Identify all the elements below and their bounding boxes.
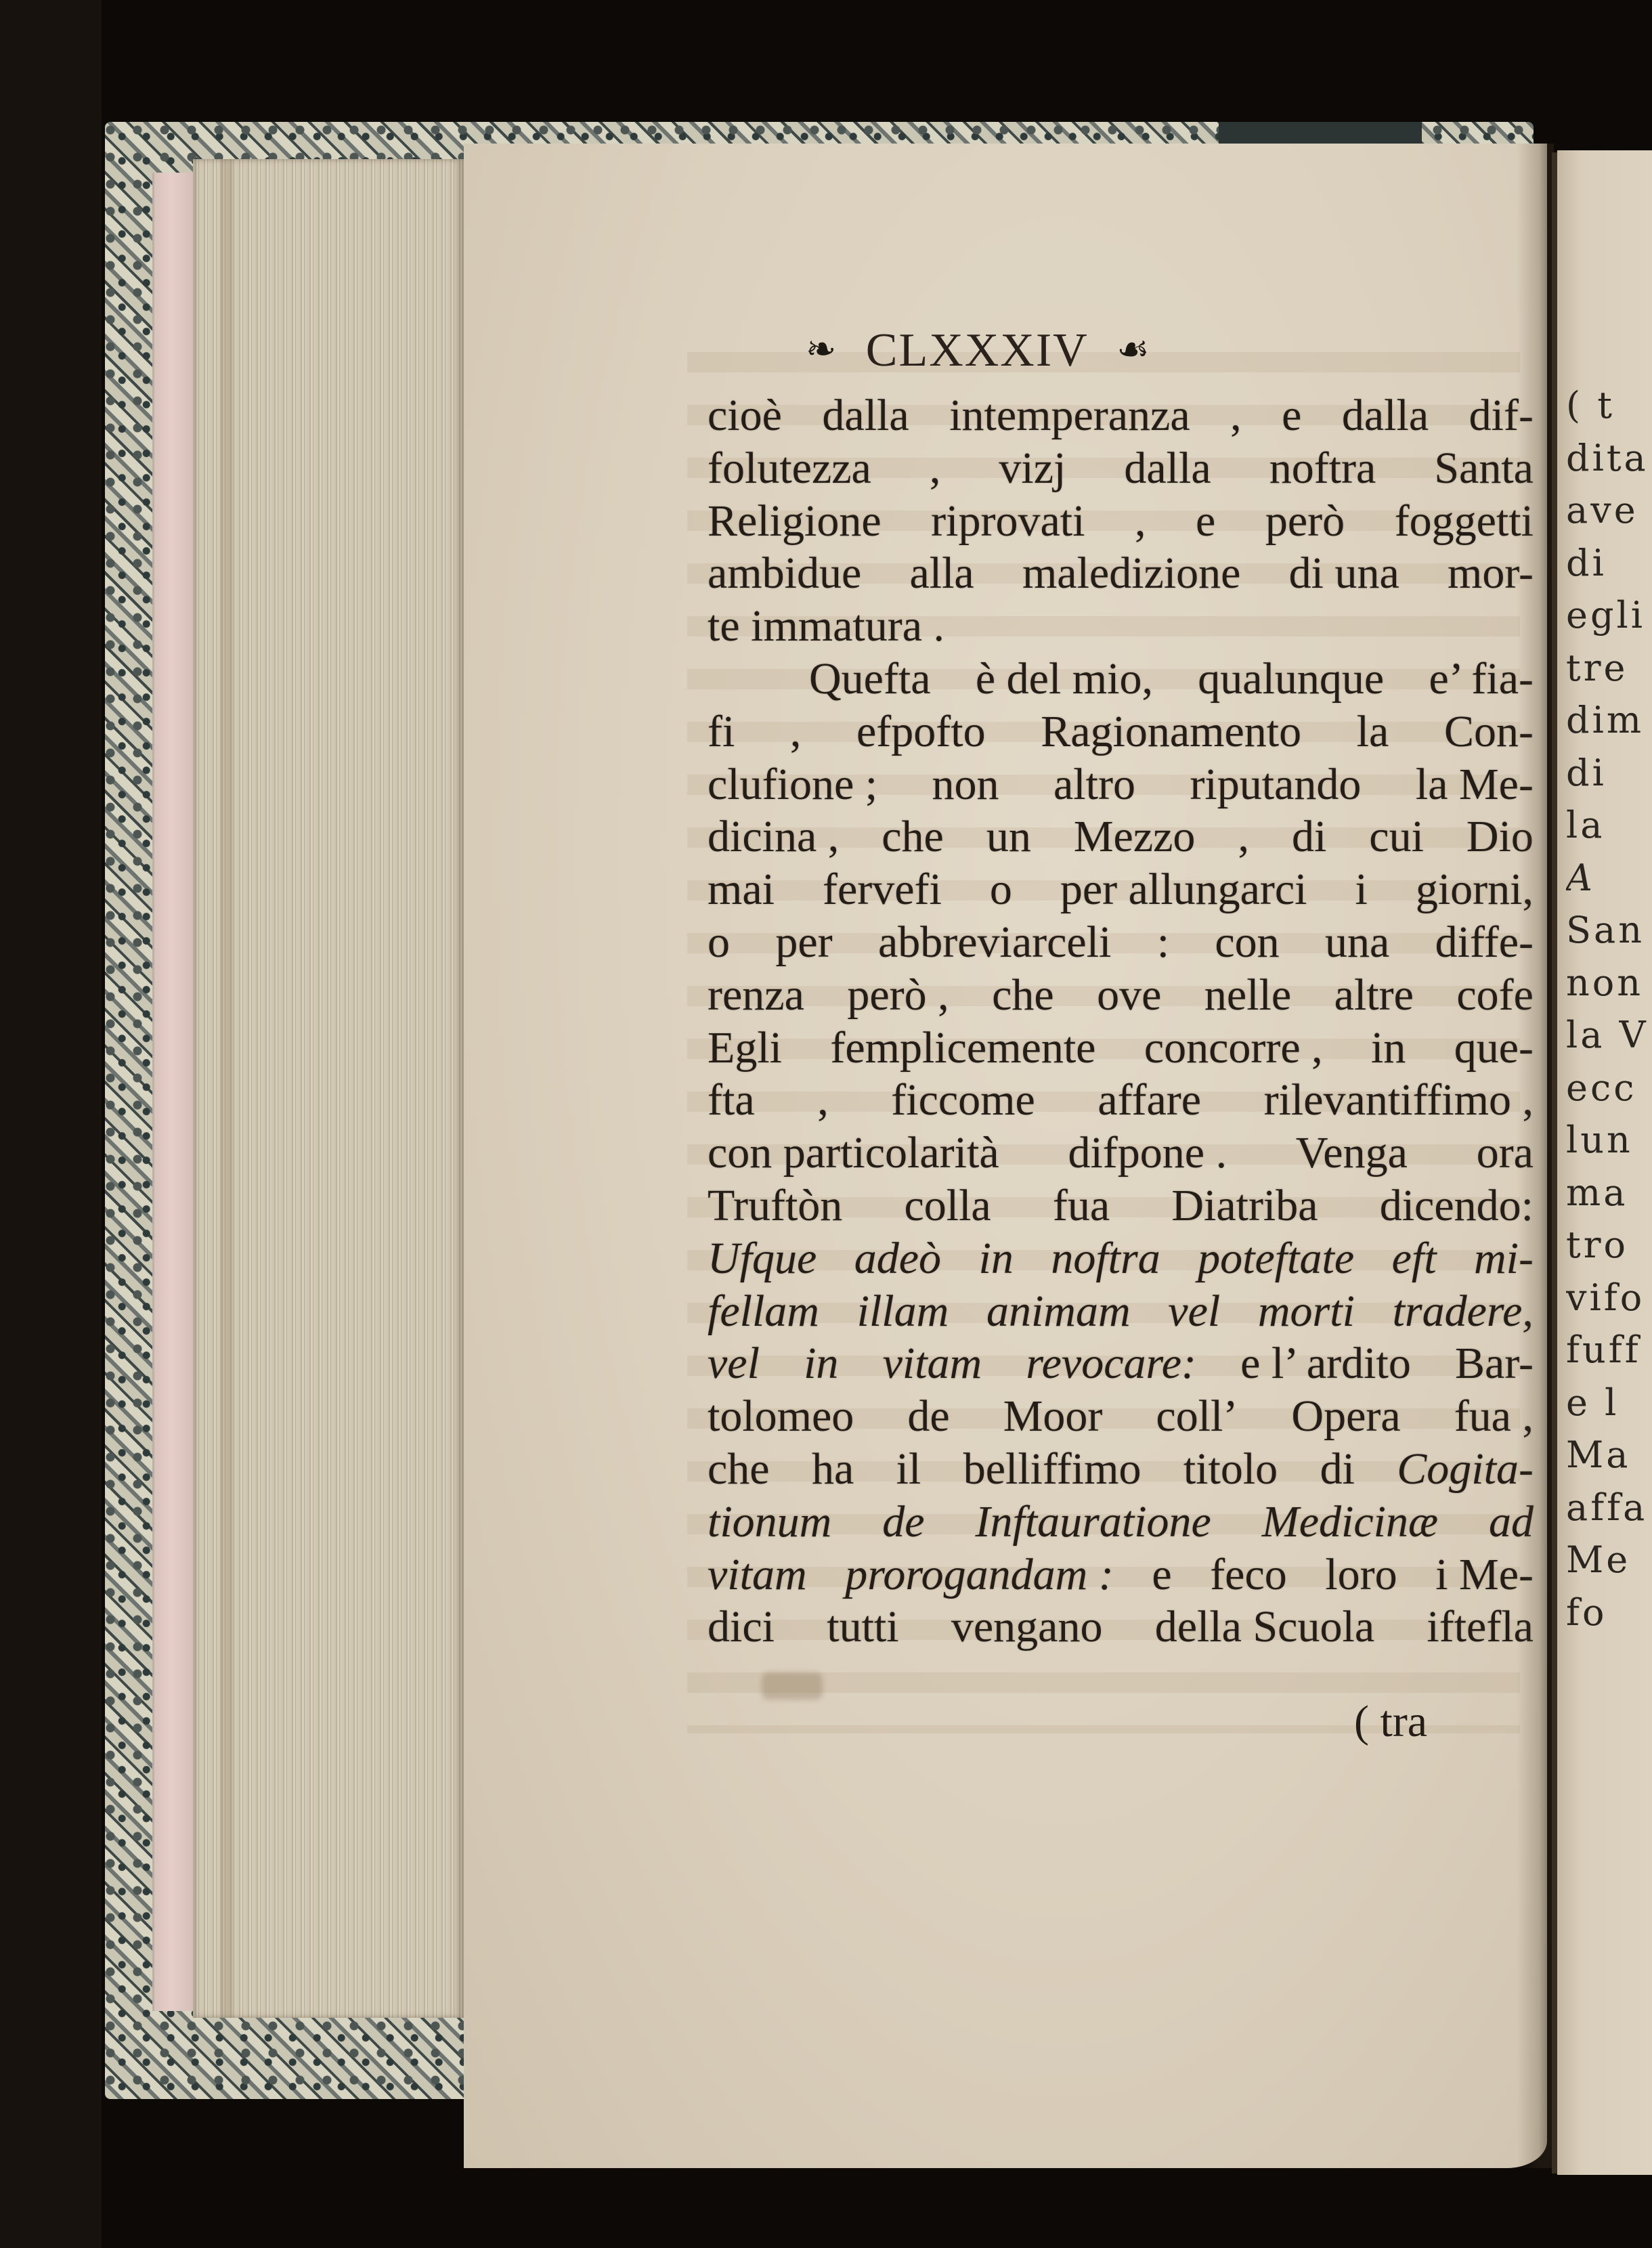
word: tutti [827,1601,898,1653]
word: cui [1369,810,1424,863]
word: colla [904,1180,991,1232]
fleuron-right-icon: ☙ [1116,328,1150,370]
recto-line-fragment: la [1566,799,1652,852]
word: per allungarci [1060,863,1307,916]
word: altro [1053,758,1135,811]
page-number: CLXXXIV [866,324,1089,376]
word: Cogita- [1397,1443,1534,1496]
recto-line-fragment: fo [1566,1586,1652,1639]
word: vengano [951,1601,1103,1653]
word: revocare: [1026,1337,1196,1390]
word: morti [1258,1285,1355,1338]
recto-line-fragment: dim [1566,694,1652,747]
text-line: tolomeodeMoorcoll’Operafua , [708,1390,1534,1443]
recto-line-fragment: ecc [1566,1062,1652,1115]
word: con [1215,916,1279,969]
recto-line-fragment: e l [1566,1377,1652,1429]
word: te immatura . [708,600,944,653]
word: rilevantiffimo , [1264,1074,1534,1127]
word: dalla [1124,442,1211,495]
word: Opera [1291,1390,1400,1443]
word: tionum [708,1496,831,1549]
recto-line-fragment: di [1566,537,1652,590]
recto-line-fragment: Me [1566,1534,1652,1586]
word: nelle [1204,969,1291,1022]
word: coll’ [1156,1390,1238,1443]
word: adeò [854,1232,941,1285]
word: noftra [1051,1232,1160,1285]
recto-line-fragment: la V [1566,1009,1652,1062]
word: che [708,1443,770,1496]
text-line: con particolaritàdifpone .Vengaora [708,1127,1534,1180]
word: , [1238,810,1249,863]
recto-line-fragment: tro [1566,1219,1652,1272]
word: efpofto [856,706,986,758]
word: Ufque [708,1232,817,1285]
word: illam [857,1285,949,1338]
word: che [882,810,944,863]
word: foggetti [1395,495,1534,548]
word: e [1196,495,1215,548]
word: e [1282,389,1301,442]
recto-line-fragment: lun [1566,1114,1652,1167]
fleuron-left-icon: ❧ [806,328,838,370]
word: , [817,1074,829,1127]
word: o [708,916,730,969]
word: non [932,758,999,811]
text-line: maifervefioper allungarciigiorni, [708,863,1534,916]
word: il [896,1443,921,1496]
word: Truftòn [708,1180,842,1232]
word: giorni, [1416,863,1534,916]
text-line: Religioneriprovati,eperòfoggetti [708,495,1534,548]
recto-line-fragment: vifo [1566,1272,1652,1324]
word: vel [1168,1285,1220,1338]
word: altre [1334,969,1414,1022]
word: un [986,810,1031,863]
word: de [882,1496,924,1549]
word: però , [847,969,949,1022]
text-line: operabbreviarceli:conunadiffe- [708,916,1534,969]
text-line: cioèdallaintemperanza,edalladif- [708,389,1534,442]
word: folutezza [708,442,871,495]
word: qualunque [1198,653,1384,706]
text-line: dicituttivenganodella Scuolaiftefla [708,1601,1534,1653]
recto-line-fragment: San [1566,904,1652,957]
body-text: cioèdallaintemperanza,edalladif-folutezz… [708,389,1534,1653]
word: di una [1289,547,1399,600]
word: renza [708,969,804,1022]
word: tradere, [1393,1285,1534,1338]
word: clufione ; [708,758,877,811]
word: Religione [708,495,882,548]
text-line: Eglifemplicementeconcorre ,inque- [708,1022,1534,1075]
text-line: ambidueallamaledizionedi unamor- [708,547,1534,600]
recto-line-fragment: ma [1566,1167,1652,1219]
recto-line-fragment: ( t [1566,379,1652,432]
word: Egli [708,1022,782,1075]
word: fi [708,706,735,758]
recto-line-fragment: egli [1566,589,1652,642]
word: dicina , [708,810,839,863]
text-line: dicina ,cheunMezzo,dicuiDio [708,810,1534,863]
word: riputando [1190,758,1361,811]
recto-page-text-fragments: ( tditaavedieglitredimdilaASannonla Vecc… [1566,379,1652,1639]
word: Ragionamento [1041,706,1301,758]
word: mai [708,863,775,916]
text-line: tionumdeInftaurationeMedicinæad [708,1496,1534,1549]
word: è del mio, [976,653,1153,706]
word: eft [1392,1232,1437,1285]
recto-line-fragment: affa [1566,1482,1652,1534]
word: maledizione [1022,547,1241,600]
recto-line-fragment: ave [1566,484,1652,537]
text-line: clufione ;nonaltroriputandola Me- [708,758,1534,811]
pink-endpaper-edge [152,173,195,2011]
catchword: ( tra [1354,1696,1427,1748]
word: o [990,863,1012,916]
text-line: te immatura . [708,600,1534,653]
word: e l’ ardito [1240,1337,1411,1390]
scan-background-edge [0,0,102,2248]
recto-line-fragment: A [1566,852,1652,905]
word: femplicemente [830,1022,1095,1075]
word: però [1265,495,1345,548]
word: i [1355,863,1368,916]
word: una [1325,916,1389,969]
word: in [804,1337,838,1390]
word: Moor [1003,1390,1103,1443]
word: belliffimo [963,1443,1142,1496]
gutter-shadow [1517,144,1554,2168]
word: alla [909,547,974,600]
text-line: Queftaè del mio,qualunquee’ fia- [708,653,1534,706]
word: , [1135,495,1146,548]
word: che [992,969,1054,1022]
word: prorogandam : [845,1549,1114,1601]
page-block-edges [193,159,464,2018]
recto-line-fragment: di [1566,747,1652,800]
running-head: ❧ CLXXXIV ☙ [806,324,1415,378]
word: vitam [883,1337,982,1390]
text-line: folutezza,vizjdallanoftraSanta [708,442,1534,495]
word: e [1152,1549,1171,1601]
text-line: Ufqueadeòinnoftrapoteftateeftmi- [708,1232,1534,1285]
word: con particolarità [708,1127,999,1180]
word: cioè [708,389,782,442]
text-line: renzaperò ,cheovenellealtrecofe [708,969,1534,1022]
word: dicendo: [1380,1180,1534,1232]
word: in [1371,1022,1406,1075]
recto-line-fragment: non [1566,957,1652,1010]
text-line: fi,efpoftoRagionamentolaCon- [708,706,1534,758]
word: ficcome [891,1074,1035,1127]
word: dalla [822,389,909,442]
word: ove [1097,969,1161,1022]
word: in [979,1232,1014,1285]
word: Diatriba [1171,1180,1318,1232]
word: per [775,916,832,969]
word: di [1292,810,1326,863]
word: dalla [1342,389,1429,442]
word: poteftate [1198,1232,1354,1285]
word: Medicinæ [1262,1496,1438,1549]
text-line: fellamillamanimamvelmortitradere, [708,1285,1534,1338]
recto-line-fragment: Ma [1566,1429,1652,1482]
word: titolo [1183,1443,1278,1496]
word: Mezzo [1074,810,1196,863]
word: affare [1097,1074,1201,1127]
word: abbreviarceli [878,916,1111,969]
word: Venga [1296,1127,1408,1180]
word: di [1320,1443,1355,1496]
text-line: chehailbelliffimotitolodiCogita- [708,1443,1534,1496]
text-line: TruftòncollafuaDiatribadicendo: [708,1180,1534,1232]
word: Quefta [809,653,931,706]
word: fta [708,1074,755,1127]
word: feco [1210,1549,1287,1601]
gutter-line [1552,152,1557,2174]
text-line: fta,ficcomeaffarerilevantiffimo , [708,1074,1534,1127]
word: ha [812,1443,854,1496]
word: dici [708,1601,775,1653]
word: , [790,706,802,758]
word: loro [1325,1549,1397,1601]
word: riprovati [931,495,1085,548]
word: de [907,1390,949,1443]
word: vel [708,1337,760,1390]
word: tolomeo [708,1390,854,1443]
word: intemperanza [949,389,1190,442]
word: della Scuola [1155,1601,1374,1653]
word: ambidue [708,547,861,600]
word: , [930,442,941,495]
word: la Me- [1416,758,1534,811]
foxing-stain [762,1672,823,1700]
word: animam [986,1285,1131,1338]
text-line: vitamprorogandam :efecoloroi Me- [708,1549,1534,1601]
word: : [1157,916,1169,969]
word: fervefi [823,863,942,916]
word: fellam [708,1285,819,1338]
word: , [1230,389,1242,442]
recto-line-fragment: dita [1566,432,1652,485]
word: concorre , [1144,1022,1323,1075]
text-line: velinvitamrevocare:e l’ arditoBar- [708,1337,1534,1390]
word: noftra [1269,442,1376,495]
word: vizj [999,442,1066,495]
recto-line-fragment: fuff [1566,1324,1652,1377]
word: difpone . [1068,1127,1227,1180]
word: la [1357,706,1389,758]
word: Inftauratione [976,1496,1211,1549]
recto-line-fragment: tre [1566,642,1652,695]
word: vitam [708,1549,807,1601]
word: fua [1053,1180,1110,1232]
